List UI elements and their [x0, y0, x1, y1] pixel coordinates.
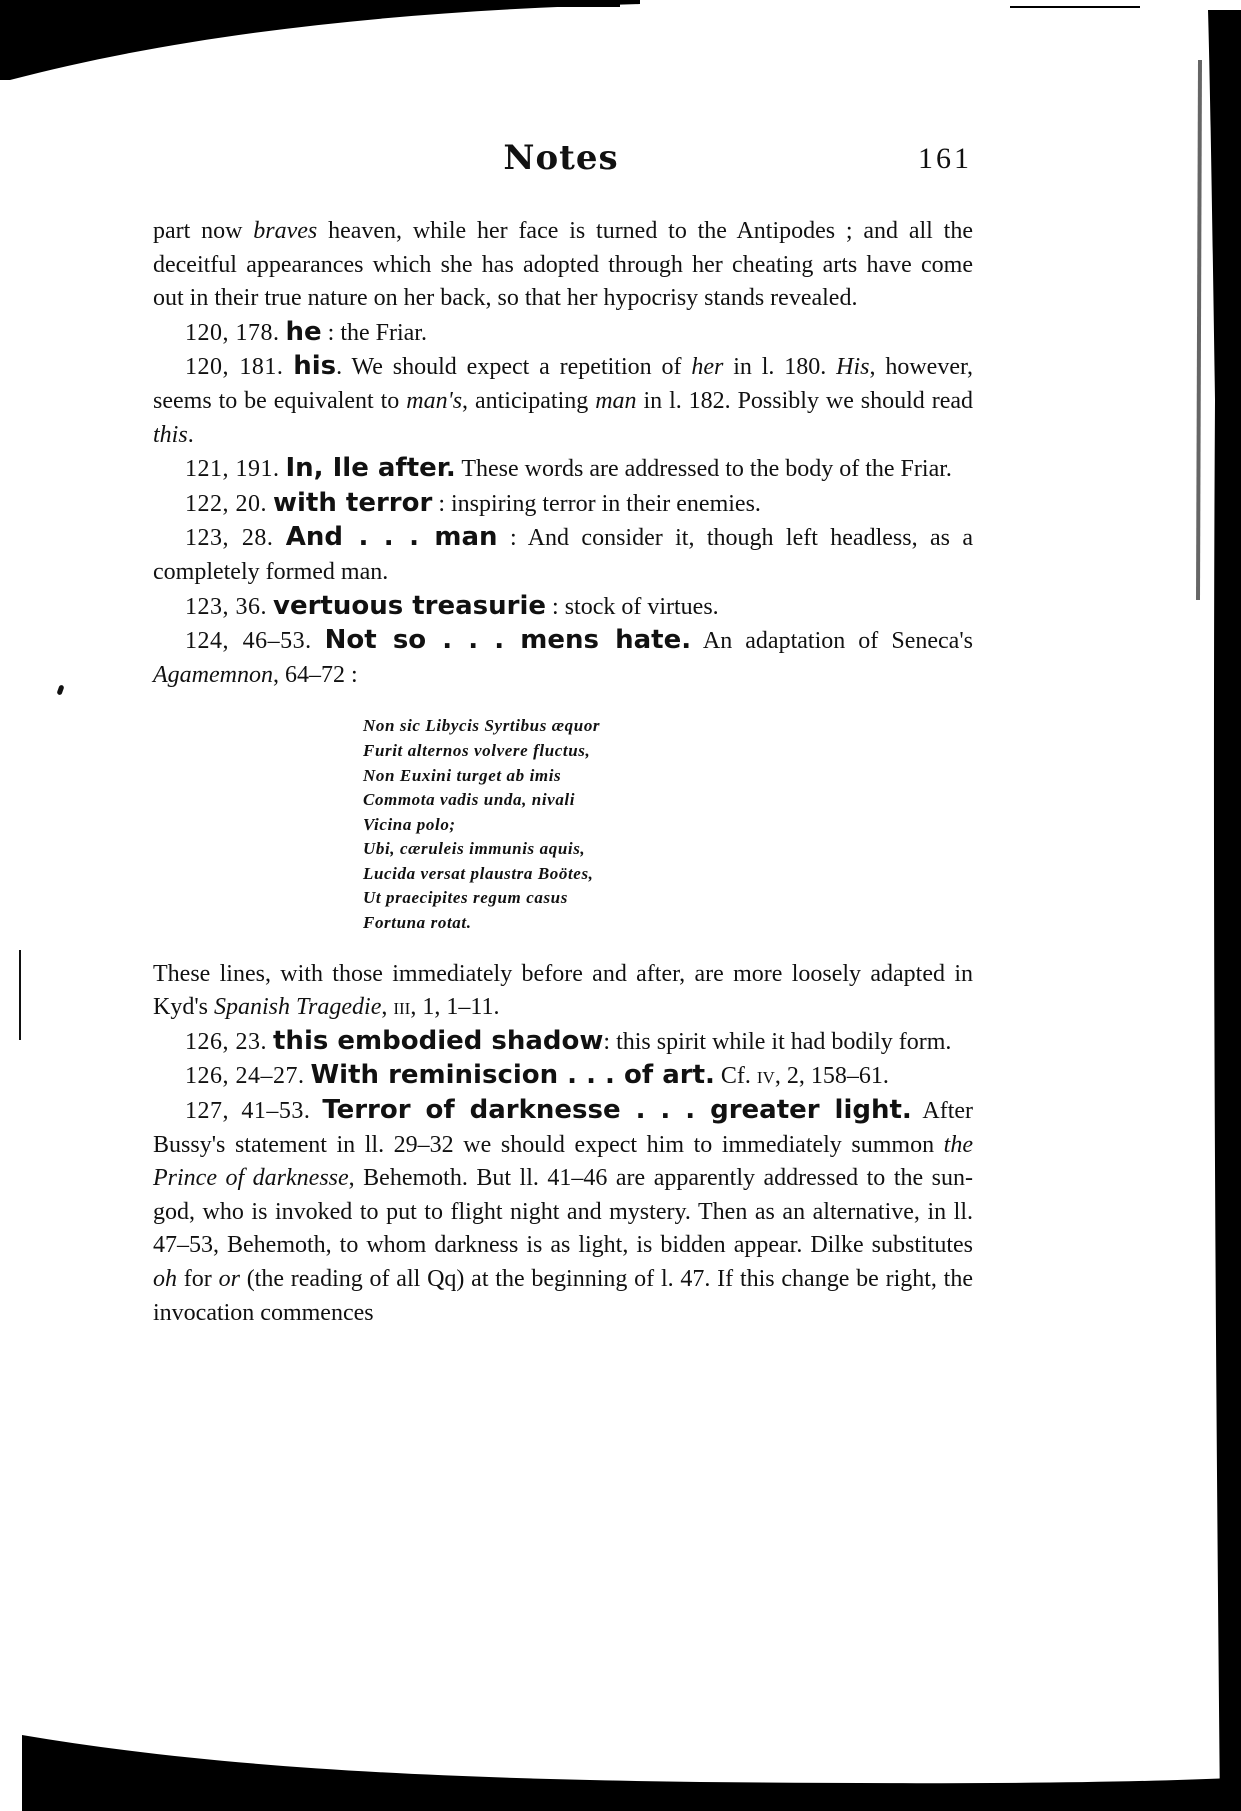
margin-speck	[56, 684, 64, 695]
verse-line: Non Euxini turget ab imis	[363, 764, 973, 789]
note-lemma: this embodied shadow	[273, 1026, 603, 1056]
paragraph-after-verse: These lines, with those immediately befo…	[153, 958, 973, 1025]
note-lemma: With reminiscion . . . of art.	[311, 1060, 715, 1090]
note-lemma: In, Ile after.	[286, 453, 456, 483]
verse-line: Commota vadis unda, nivali	[363, 788, 973, 813]
paragraph-continuation: part now braves heaven, while her face i…	[153, 215, 973, 316]
note-lemma: Terror of darknesse . . . greater light.	[322, 1095, 911, 1125]
note-ref: 120, 181.	[185, 354, 283, 380]
verse-line: Ubi, cæruleis immunis aquis,	[363, 837, 973, 862]
note-ref: 120, 178.	[185, 320, 280, 346]
running-head: Notes	[150, 138, 972, 178]
note-127-41: 127, 41–53. Terror of darknesse . . . gr…	[153, 1094, 973, 1330]
page-header: Notes 161	[150, 138, 972, 188]
scan-edge-bottom-shadow	[0, 1700, 1241, 1811]
note-121-191: 121, 191. In, Ile after. These words are…	[153, 452, 973, 487]
note-ref: 123, 36.	[185, 594, 267, 620]
note-124-46: 124, 46–53. Not so . . . mens hate. An a…	[153, 624, 973, 692]
note-123-28: 123, 28. And . . . man : And consider it…	[153, 521, 973, 589]
page-body: part now braves heaven, while her face i…	[153, 215, 973, 1330]
note-lemma: Not so . . . mens hate.	[325, 625, 691, 655]
note-lemma: with terror	[273, 488, 432, 518]
verse-line: Ut praecipites regum casus	[363, 886, 973, 911]
verse-line: Vicina polo;	[363, 813, 973, 838]
note-126-23: 126, 23. this embodied shadow: this spir…	[153, 1025, 973, 1060]
verse-line: Fortuna rotat.	[363, 911, 973, 936]
verse-line: Furit alternos volvere fluctus,	[363, 739, 973, 764]
note-ref: 127, 41–53.	[185, 1098, 310, 1124]
margin-rule	[19, 950, 21, 1040]
note-120-181: 120, 181. his. We should expect a repeti…	[153, 350, 973, 452]
note-ref: 121, 191.	[185, 456, 280, 482]
note-ref: 126, 24–27.	[185, 1063, 305, 1089]
note-lemma: vertuous treasurie	[273, 591, 546, 621]
latin-verse-quotation: Non sic Libycis Syrtibus æquor Furit alt…	[363, 714, 973, 935]
verse-line: Lucida versat plaustra Boötes,	[363, 862, 973, 887]
scan-edge-top-shadow	[0, 0, 1241, 90]
note-ref: 124, 46–53.	[185, 628, 312, 654]
note-ref: 122, 20.	[185, 491, 267, 517]
page-number: 161	[918, 142, 972, 176]
note-lemma: his	[293, 351, 336, 381]
note-122-20: 122, 20. with terror : inspiring terror …	[153, 487, 973, 522]
note-123-36: 123, 36. vertuous treasurie : stock of v…	[153, 590, 973, 625]
scan-edge-right-binding	[1190, 0, 1241, 1811]
note-ref: 126, 23.	[185, 1029, 267, 1055]
note-126-24: 126, 24–27. With reminiscion . . . of ar…	[153, 1059, 973, 1094]
note-120-178: 120, 178. he : the Friar.	[153, 316, 973, 351]
verse-line: Non sic Libycis Syrtibus æquor	[363, 714, 973, 739]
note-lemma: he	[286, 317, 322, 347]
note-ref: 123, 28.	[185, 525, 273, 551]
note-lemma: And . . . man	[286, 522, 498, 552]
